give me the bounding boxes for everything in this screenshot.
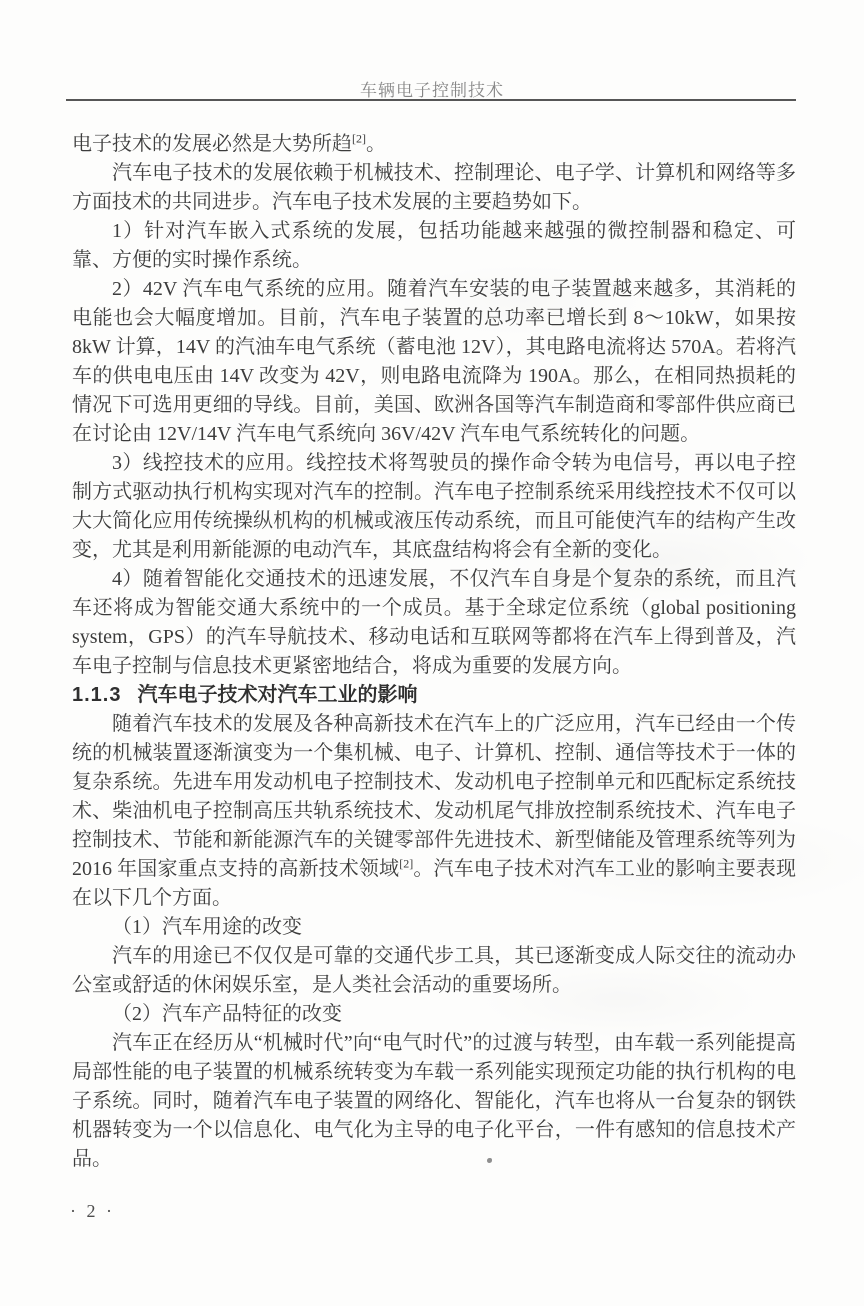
paragraph-text: 汽车正在经历从“机械时代”向“电气时代”的过渡与转型，由车载一系列能提高局部性能…	[72, 1032, 796, 1170]
paragraph: 汽车正在经历从“机械时代”向“电气时代”的过渡与转型，由车载一系列能提高局部性能…	[72, 1029, 796, 1174]
paragraph: 汽车电子技术的发展依赖于机械技术、控制理论、电子学、计算机和网络等多方面技术的共…	[72, 159, 796, 217]
paragraph-text: 汽车的用途已不仅仅是可靠的交通代步工具，其已逐渐变成人际交往的流动办公室或舒适的…	[72, 945, 796, 996]
paragraph-text: 汽车电子技术的发展依赖于机械技术、控制理论、电子学、计算机和网络等多方面技术的共…	[72, 162, 796, 213]
paragraph-text: 随着汽车技术的发展及各种高新技术在汽车上的广泛应用，汽车已经由一个传统的机械装置…	[72, 713, 796, 880]
page-number: · 2 ·	[70, 1201, 115, 1222]
paragraph-continuation: 电子技术的发展必然是大势所趋[2]。	[72, 130, 796, 159]
paragraph-text: 3）线控技术的应用。线控技术将驾驶员的操作命令转为电信号，再以电子控制方式驱动执…	[72, 452, 796, 561]
paragraph-text: 电子技术的发展必然是大势所趋	[72, 133, 352, 155]
paragraph: 汽车的用途已不仅仅是可靠的交通代步工具，其已逐渐变成人际交往的流动办公室或舒适的…	[72, 942, 796, 1000]
paragraph-text: 。	[366, 133, 386, 155]
paragraph-subitem-2: （2）汽车产品特征的改变	[72, 1000, 796, 1029]
paragraph-list-item-1: 1）针对汽车嵌入式系统的发展，包括功能越来越强的微控制器和稳定、可靠、方便的实时…	[72, 217, 796, 275]
paragraph-text: （2）汽车产品特征的改变	[112, 1003, 342, 1025]
section-title: 汽车电子技术对汽车工业的影响	[137, 684, 417, 706]
footnote-ref: [2]	[399, 856, 413, 870]
paragraph-text: 4）随着智能化交通技术的迅速发展，不仅汽车自身是个复杂的系统，而且汽车还将成为智…	[72, 568, 796, 677]
section-number: 1.1.3	[72, 684, 121, 706]
scan-speck	[487, 1158, 492, 1163]
header-rule	[66, 99, 796, 101]
paragraph-text: 2）42V 汽车电气系统的应用。随着汽车安装的电子装置越来越多，其消耗的电能也会…	[72, 278, 796, 445]
page-body: 电子技术的发展必然是大势所趋[2]。 汽车电子技术的发展依赖于机械技术、控制理论…	[72, 130, 796, 1174]
paragraph-list-item-4: 4）随着智能化交通技术的迅速发展，不仅汽车自身是个复杂的系统，而且汽车还将成为智…	[72, 565, 796, 681]
paragraph-text: （1）汽车用途的改变	[112, 916, 302, 938]
footnote-ref: [2]	[352, 131, 366, 145]
scanned-book-page: 车辆电子控制技术 电子技术的发展必然是大势所趋[2]。 汽车电子技术的发展依赖于…	[0, 0, 864, 1306]
section-heading: 1.1.3汽车电子技术对汽车工业的影响	[72, 681, 796, 710]
running-head: 车辆电子控制技术	[0, 76, 864, 101]
paragraph-subitem-1: （1）汽车用途的改变	[72, 913, 796, 942]
paragraph-list-item-3: 3）线控技术的应用。线控技术将驾驶员的操作命令转为电信号，再以电子控制方式驱动执…	[72, 449, 796, 565]
paragraph: 随着汽车技术的发展及各种高新技术在汽车上的广泛应用，汽车已经由一个传统的机械装置…	[72, 710, 796, 913]
paragraph-list-item-2: 2）42V 汽车电气系统的应用。随着汽车安装的电子装置越来越多，其消耗的电能也会…	[72, 275, 796, 449]
paragraph-text: 1）针对汽车嵌入式系统的发展，包括功能越来越强的微控制器和稳定、可靠、方便的实时…	[72, 220, 796, 271]
